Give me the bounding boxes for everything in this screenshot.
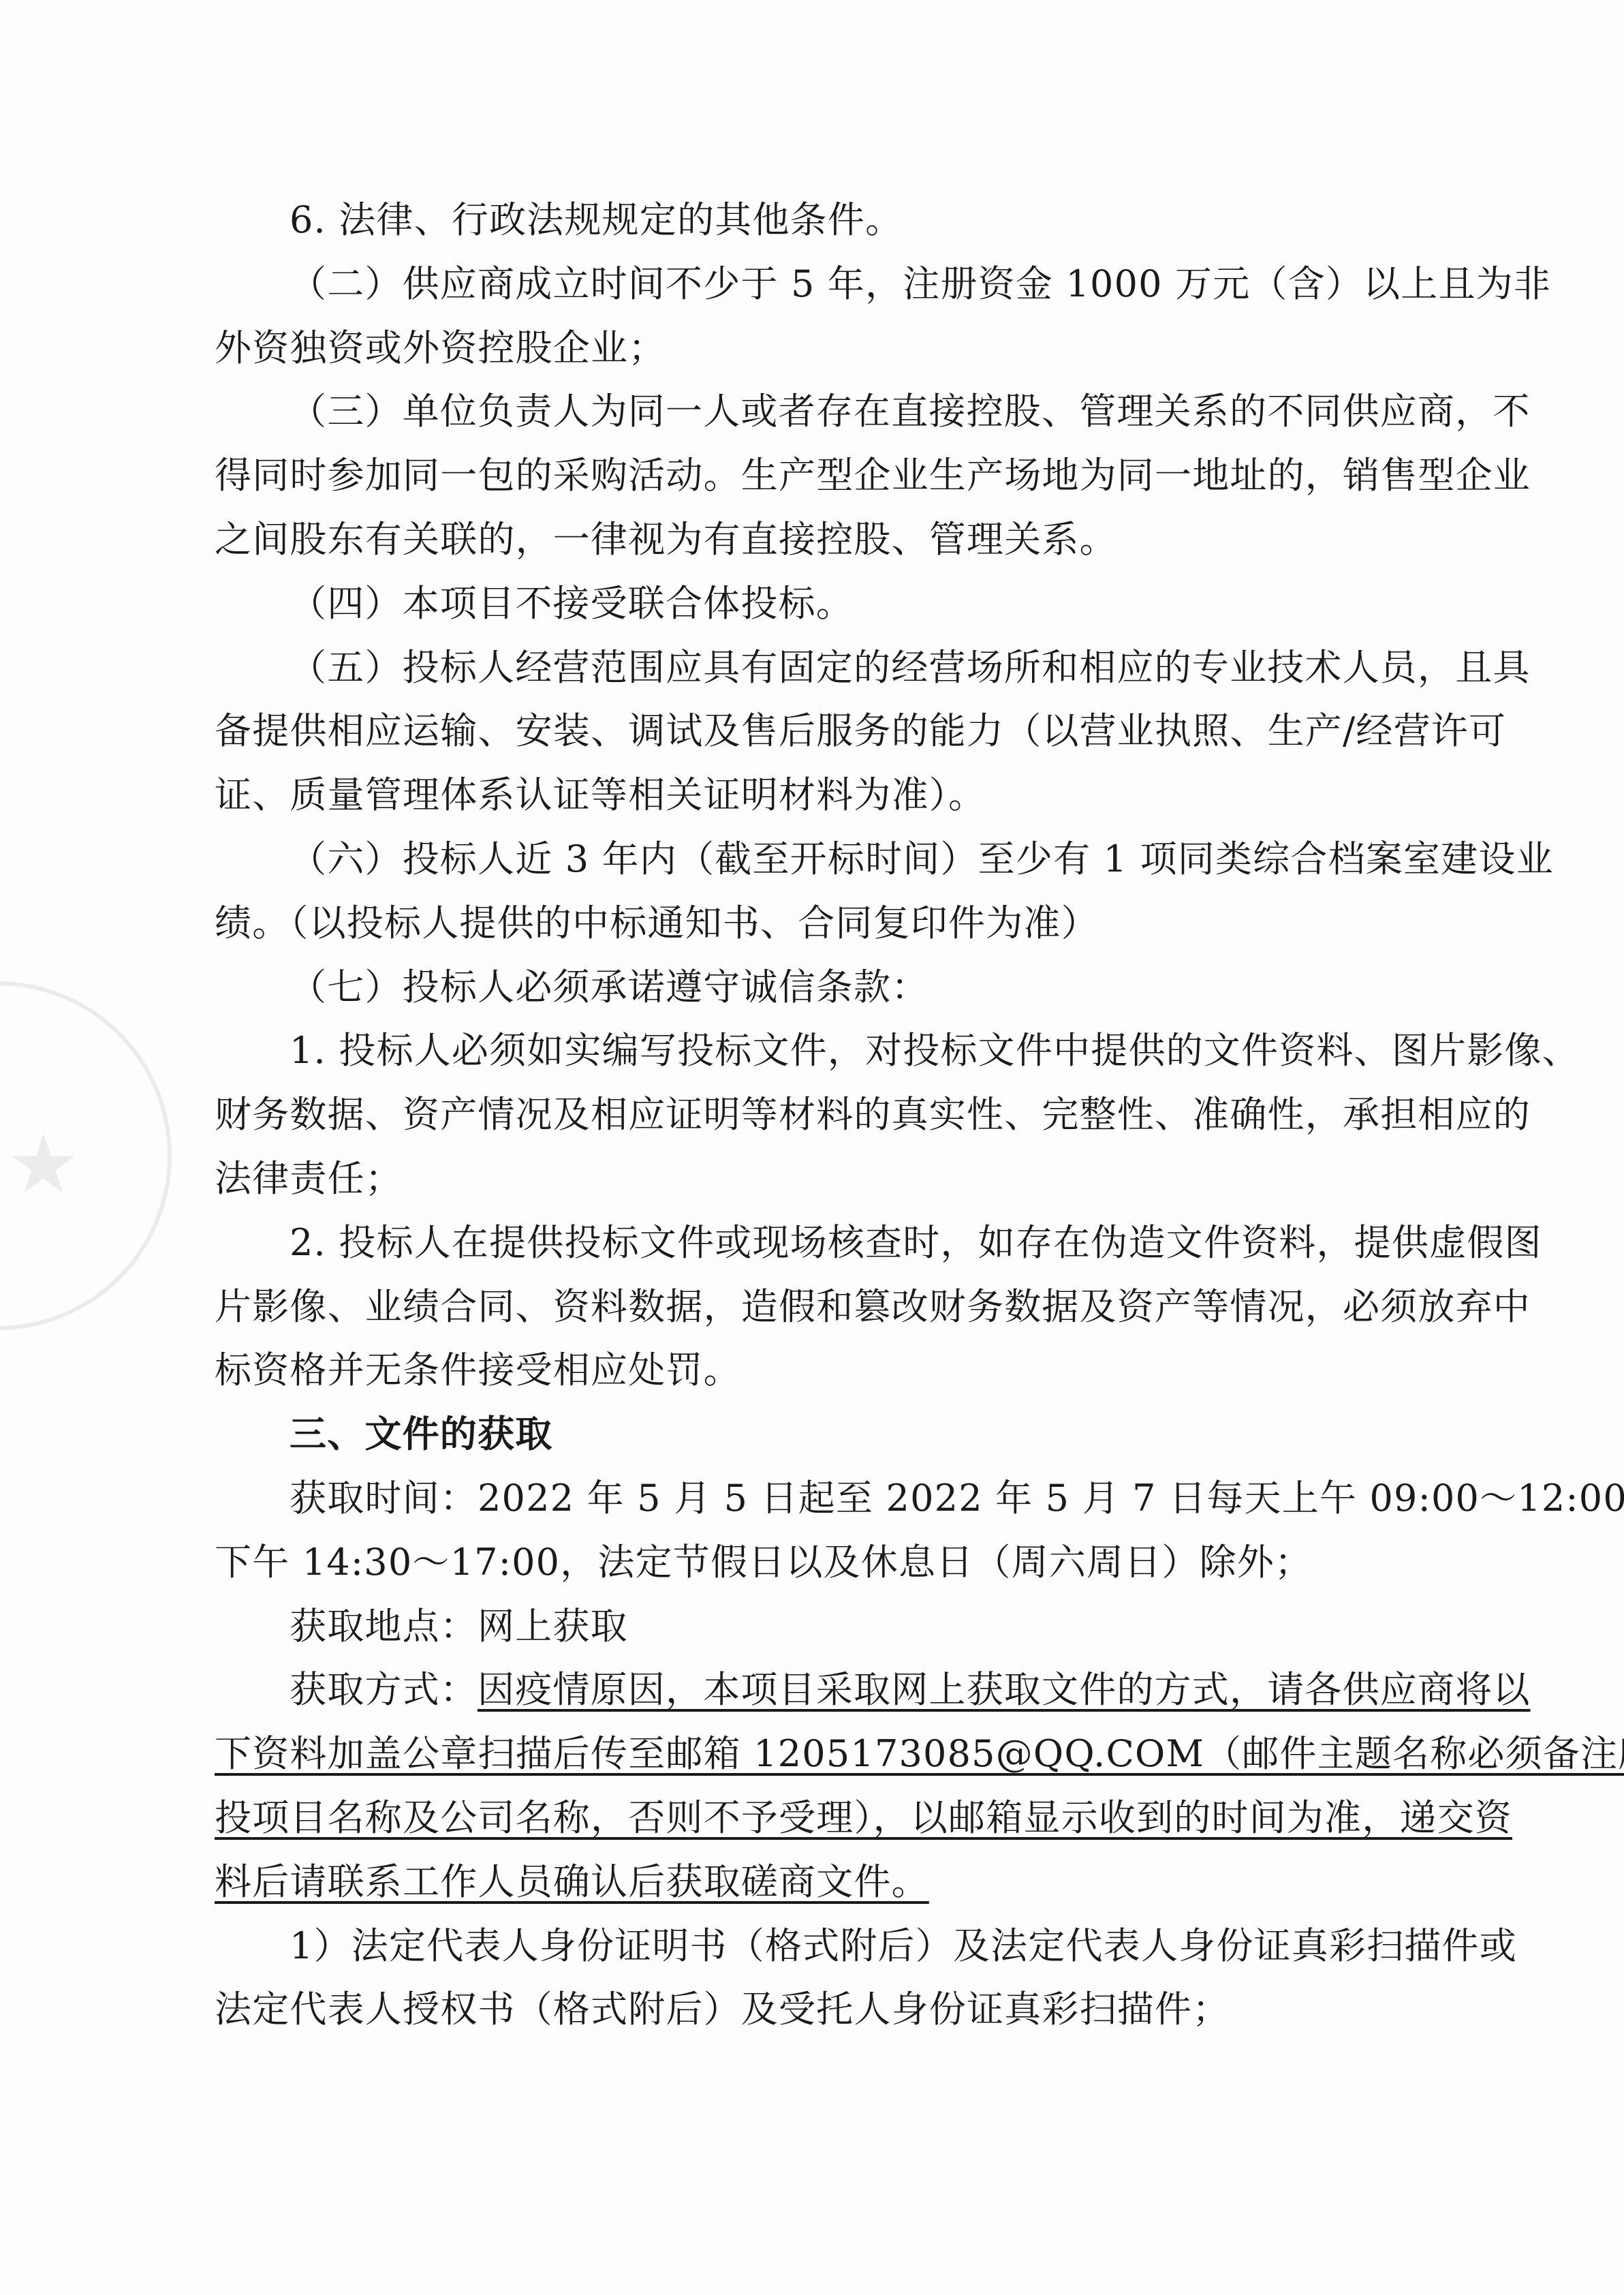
- paragraph-line: （五）投标人经营范围应具有固定的经营场所和相应的专业技术人员，且具: [215, 636, 1332, 700]
- paragraph-line: （三）单位负责人为同一人或者存在直接控股、管理关系的不同供应商，不: [215, 380, 1332, 444]
- paragraph-line: 标资格并无条件接受相应处罚。: [215, 1338, 1332, 1402]
- document-acquisition-section: 三、文件的获取 获取时间：2022 年 5 月 5 日起至 2022 年 5 月…: [215, 1402, 1332, 2042]
- paragraph-line: （六）投标人近 3 年内（截至开标时间）至少有 1 项同类综合档案室建设业: [215, 827, 1332, 891]
- paragraph-line: 片影像、业绩合同、资料数据，造假和篡改财务数据及资产等情况，必须放弃中: [215, 1275, 1332, 1339]
- paragraph-line: 财务数据、资产情况及相应证明等材料的真实性、完整性、准确性，承担相应的: [215, 1083, 1332, 1147]
- paragraph-line: （二）供应商成立时间不少于 5 年，注册资金 1000 万元（含）以上且为非: [215, 252, 1332, 316]
- requirements-section: 6. 法律、行政法规规定的其他条件。 （二）供应商成立时间不少于 5 年，注册资…: [215, 188, 1332, 1402]
- acquisition-method-continued: 投项目名称及公司名称，否则不予受理），以邮箱显示收到的时间为准，递交资: [215, 1786, 1332, 1850]
- acquisition-method: 获取方式：因疫情原因，本项目采取网上获取文件的方式，请各供应商将以: [215, 1658, 1332, 1722]
- paragraph-line: 2. 投标人在提供投标文件或现场核查时，如存在伪造文件资料，提供虚假图: [215, 1211, 1332, 1275]
- paragraph-line: 备提供相应运输、安装、调试及售后服务的能力（以营业执照、生产/经营许可: [215, 699, 1332, 763]
- paragraph-line: 证、质量管理体系认证等相关证明材料为准）。: [215, 763, 1332, 827]
- required-materials-item-1-continued: 法定代表人授权书（格式附后）及受托人身份证真彩扫描件；: [215, 1977, 1332, 2042]
- acquisition-method-continued: 料后请联系工作人员确认后获取磋商文件。: [215, 1850, 1332, 1914]
- acquisition-method-label: 获取方式：: [290, 1668, 478, 1711]
- acquisition-method-text: 料后请联系工作人员确认后获取磋商文件。: [215, 1860, 929, 1903]
- required-materials-item-1: 1）法定代表人身份证明书（格式附后）及法定代表人身份证真彩扫描件或: [215, 1914, 1332, 1978]
- paragraph-line: （四）本项目不接受联合体投标。: [215, 572, 1332, 636]
- paragraph-line: 之间股东有关联的，一律视为有直接控股、管理关系。: [215, 508, 1332, 572]
- paragraph-line: 外资独资或外资控股企业；: [215, 316, 1332, 380]
- acquisition-time: 获取时间：2022 年 5 月 5 日起至 2022 年 5 月 7 日每天上午…: [215, 1466, 1332, 1530]
- seal-star-icon: ★: [7, 1118, 80, 1212]
- acquisition-place: 获取地点：网上获取: [215, 1595, 1332, 1659]
- acquisition-time-continued: 下午 14:30～17:00，法定节假日以及休息日（周六周日）除外；: [215, 1530, 1332, 1595]
- acquisition-method-email-text: 下资料加盖公章扫描后传至邮箱 1205173085@QQ.COM（邮件主题名称必…: [215, 1732, 1624, 1775]
- paragraph-line: 6. 法律、行政法规规定的其他条件。: [215, 188, 1332, 252]
- paragraph-line: （七）投标人必须承诺遵守诚信条款：: [215, 955, 1332, 1019]
- acquisition-method-text: 投项目名称及公司名称，否则不予受理），以邮箱显示收到的时间为准，递交资: [215, 1796, 1512, 1839]
- document-page: 6. 法律、行政法规规定的其他条件。 （二）供应商成立时间不少于 5 年，注册资…: [215, 188, 1332, 2042]
- paragraph-line: 绩。（以投标人提供的中标通知书、合同复印件为准）: [215, 891, 1332, 955]
- acquisition-method-text: 因疫情原因，本项目采取网上获取文件的方式，请各供应商将以: [478, 1668, 1531, 1711]
- section-heading: 三、文件的获取: [215, 1402, 1332, 1466]
- acquisition-method-continued: 下资料加盖公章扫描后传至邮箱 1205173085@QQ.COM（邮件主题名称必…: [215, 1722, 1332, 1786]
- paragraph-line: 得同时参加同一包的采购活动。生产型企业生产场地为同一地址的，销售型企业: [215, 444, 1332, 508]
- paragraph-line: 法律责任；: [215, 1147, 1332, 1211]
- paragraph-line: 1. 投标人必须如实编写投标文件，对投标文件中提供的文件资料、图片影像、: [215, 1019, 1332, 1083]
